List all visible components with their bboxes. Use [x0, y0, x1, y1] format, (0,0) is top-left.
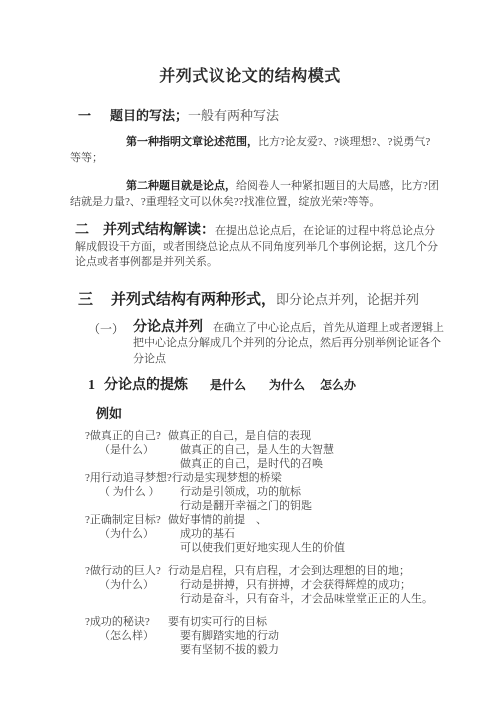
example-answer: 做真正的自己，是自信的表现 [168, 429, 311, 443]
example-line: （ 为什么 ） 行动是引领成，功的航标 [85, 485, 500, 499]
example-tag: （为什么） [85, 578, 180, 592]
example-tag: （为什么） [85, 527, 180, 541]
example-row: ?正确制定目标? 做好事情的前提 、 （为什么） 成功的基石 可以使我们更好地实… [85, 513, 500, 555]
section-1-number: 一 [78, 105, 110, 124]
example-list: ?做真正的自己? 做真正的自己，是自信的表现 （是什么） 做真正的自己，是人生的… [85, 429, 500, 657]
keyword-what: 是什么 [210, 378, 246, 392]
paragraph-first-type-lead: 第一种指明文章论述范围， [126, 136, 258, 148]
item-1-number: 1 [88, 378, 95, 393]
section-3-title: 并列式结构有两种形式， [111, 292, 276, 308]
section-3-subtitle: 即分论点并列，论据并列 [276, 292, 419, 307]
example-line: ?做真正的自己? 做真正的自己，是自信的表现 [85, 429, 500, 443]
example-line: 做真正的自己，是时代的召唤 [85, 457, 500, 471]
example-spacer [85, 592, 180, 606]
paragraph-second-type-lead: 第二种题目就是论点， [126, 180, 236, 192]
example-answer: 做真正的自己，是人生的大智慧 [180, 443, 334, 457]
example-answer: 行动是启程，只有启程，才会到达理想的目的地； [168, 564, 410, 578]
subsection-1-title: 分论点并列 [133, 320, 203, 335]
example-question: ?成功的秘诀? [85, 615, 165, 629]
example-row: ?成功的秘诀? 要有切实可行的目标 （怎么样） 要有脚踏实地的行动 要有坚韧不拔… [85, 615, 500, 657]
example-answer: 要有坚韧不拔的毅力 [180, 643, 279, 657]
section-2: 二并列式结构解读：在提出总论点后，在论证的过程中将总论点分解成假设干方面，或者围… [0, 223, 500, 271]
example-line: 要有坚韧不拔的毅力 [85, 643, 500, 657]
section-1-heading: 一题目的写法；一般有两种写法 [78, 105, 500, 124]
example-label: 例如 [96, 403, 500, 422]
page-title: 并列式议论文的结构模式 [0, 0, 500, 86]
example-line: ?用行动追寻梦想? 行动是实现梦想的桥梁 [85, 471, 500, 485]
example-row: ?用行动追寻梦想? 行动是实现梦想的桥梁 （ 为什么 ） 行动是引领成，功的航标… [85, 471, 500, 513]
example-line: （怎么样） 要有脚踏实地的行动 [85, 629, 500, 643]
paragraph-second-type: 第二种题目就是论点，给阅卷人一种紧扣题目的大局感，比方?团结就是力量?、?重理轻… [0, 179, 500, 210]
example-tag: （怎么样） [85, 629, 180, 643]
example-row: ?做真正的自己? 做真正的自己，是自信的表现 （是什么） 做真正的自己，是人生的… [85, 429, 500, 471]
item-1-heading: 1分论点的提炼是什么为什么怎么办 [88, 374, 500, 394]
example-line: ?正确制定目标? 做好事情的前提 、 [85, 513, 500, 527]
example-answer: 成功的基石 [180, 527, 235, 541]
example-answer: 行动是奋斗，只有奋斗，才会品味堂堂正正的人生。 [180, 592, 433, 606]
item-1-title: 分论点的提炼 [104, 378, 188, 393]
example-row: ?做行动的巨人? 行动是启程，只有启程，才会到达理想的目的地； （为什么） 行动… [85, 564, 500, 606]
example-spacer [85, 643, 180, 657]
example-line: 行动是翻开幸福之门的钥匙 [85, 499, 500, 513]
example-tag: （ 为什么 ） [85, 485, 180, 499]
example-answer: 做好事情的前提 、 [168, 513, 267, 527]
subsection-1-body: 分论点并列在确立了中心论点后，首先从道理上或者逻辑上把中心论点分解成几个并列的分… [133, 320, 446, 368]
section-3-number: 三 [78, 292, 93, 308]
example-question: ?做行动的巨人? [85, 564, 165, 578]
example-line: 行动是奋斗，只有奋斗，才会品味堂堂正正的人生。 [85, 592, 500, 606]
example-answer: 可以使我们更好地实现人生的价值 [180, 541, 345, 555]
example-answer: 行动是翻开幸福之门的钥匙 [180, 499, 312, 513]
example-spacer [85, 499, 180, 513]
example-line: （为什么） 成功的基石 [85, 527, 500, 541]
section-2-number: 二 [75, 223, 89, 238]
example-question: ?做真正的自己? [85, 429, 165, 443]
example-line: （是什么） 做真正的自己，是人生的大智慧 [85, 443, 500, 457]
example-answer: 做真正的自己，是时代的召唤 [180, 457, 323, 471]
section-1-subtitle: 一般有两种写法 [188, 108, 279, 123]
section-3-heading: 三并列式结构有两种形式，即分论点并列，论据并列 [78, 288, 500, 309]
example-spacer [85, 541, 180, 555]
example-tag: （是什么） [85, 443, 180, 457]
example-line: （为什么） 行动是拼搏，只有拼搏，才会获得辉煌的成功； [85, 578, 500, 592]
example-answer: 要有脚踏实地的行动 [180, 629, 279, 643]
example-answer: 要有切实可行的目标 [168, 615, 267, 629]
subsection-1: （一） 分论点并列在确立了中心论点后，首先从道理上或者逻辑上把中心论点分解成几个… [88, 320, 500, 368]
document-page: 并列式议论文的结构模式 一题目的写法；一般有两种写法 第一种指明文章论述范围，比… [0, 0, 500, 707]
example-question: ?用行动追寻梦想? [85, 471, 172, 485]
example-spacer [85, 457, 180, 471]
section-2-title: 并列式结构解读： [103, 223, 215, 238]
keyword-how: 怎么办 [320, 378, 356, 392]
example-line: ?成功的秘诀? 要有切实可行的目标 [85, 615, 500, 629]
example-question: ?正确制定目标? [85, 513, 165, 527]
keyword-why: 为什么 [269, 378, 305, 392]
section-1-title: 题目的写法； [110, 108, 188, 123]
paragraph-first-type: 第一种指明文章论述范围，比方?论友爱?、?谈理想?、?说勇气?等等； [0, 135, 500, 166]
example-answer: 行动是引领成，功的航标 [180, 485, 301, 499]
example-line: ?做行动的巨人? 行动是启程，只有启程，才会到达理想的目的地； [85, 564, 500, 578]
subsection-1-number: （一） [88, 320, 133, 368]
example-answer: 行动是拼搏，只有拼搏，才会获得辉煌的成功； [180, 578, 411, 592]
example-line: 可以使我们更好地实现人生的价值 [85, 541, 500, 555]
example-answer: 行动是实现梦想的桥梁 [172, 471, 282, 485]
